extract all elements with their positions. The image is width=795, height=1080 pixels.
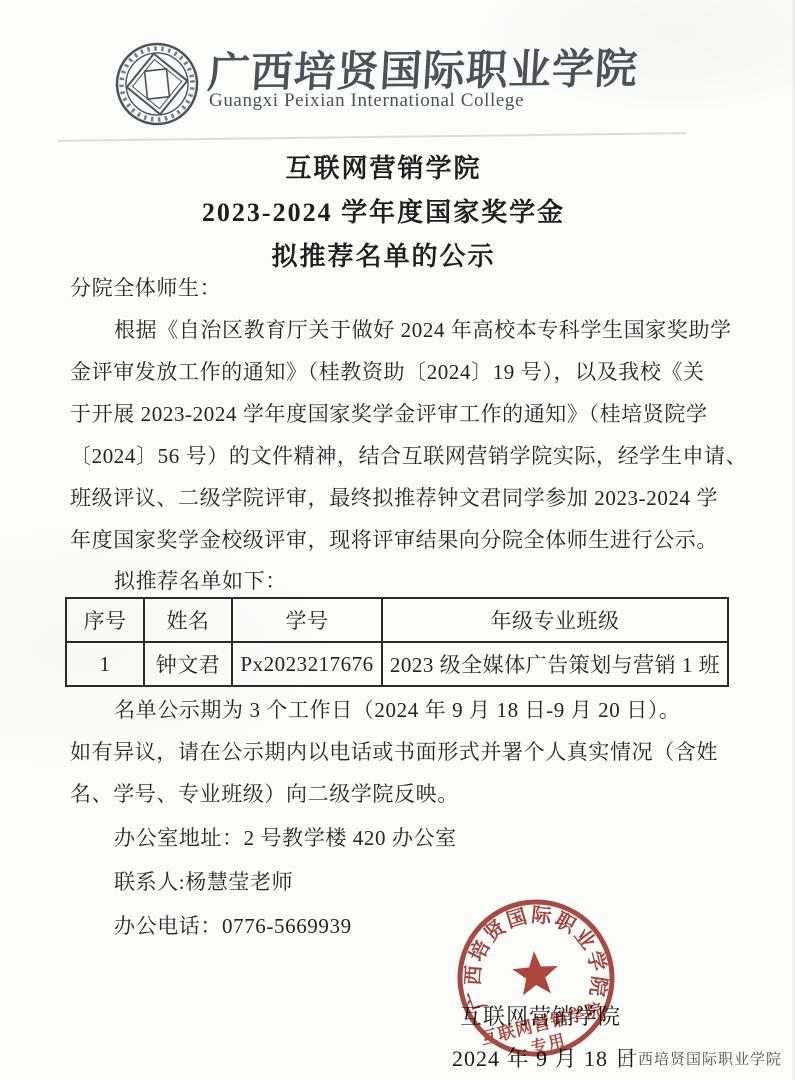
cell-student-id: Px2023217676	[232, 642, 382, 686]
office-address: 办公室地址：2 号教学楼 420 办公室	[70, 822, 795, 852]
college-name-en: Guangxi Peixian International College	[209, 90, 649, 112]
cell-class: 2023 级全媒体广告策划与营销 1 班	[382, 642, 728, 686]
paragraph1-line: 〔2024〕56 号）的文件精神，结合互联网营销学院实际，经学生申请、	[70, 440, 760, 470]
title-scholarship: 2023-2024 学年度国家奖学金	[0, 191, 767, 235]
salutation: 分院全体师生：	[70, 272, 760, 302]
official-seal: 广西培贤国际职业学院 互联网营销学院 专用	[424, 878, 649, 1078]
col-header-name: 姓名	[144, 598, 232, 642]
scanned-notice-page: 广西培贤国际职业学院 Guangxi Peixian International…	[0, 0, 795, 1080]
paragraph2-line: 如有异议，请在公示期内以电话或书面形式并署个人真实情况（含姓	[70, 736, 760, 766]
paragraph2-line: 名、学号、专业班级）向二级学院反映。	[70, 778, 760, 808]
paragraph1-line: 年度国家奖学金校级评审，现将评审结果向分院全体师生进行公示。	[70, 524, 760, 554]
notice-title: 互联网营销学院 2023-2024 学年度国家奖学金 拟推荐名单的公示	[0, 147, 795, 279]
recommendation-table: 序号 姓名 学号 年级专业班级 1 钟文君 Px2023217676 2023 …	[65, 597, 729, 687]
col-header-student-id: 学号	[232, 598, 382, 642]
paragraph1-line: 班级评议、二级学院评审，最终拟推荐钟文君同学参加 2023-2024 学	[70, 482, 760, 512]
paragraph1-line: 根据《自治区教育厅关于做好 2024 年高校本专科学生国家奖助学	[70, 314, 795, 344]
list-intro: 拟推荐名单如下：	[70, 565, 795, 595]
seal-star-icon	[511, 949, 560, 995]
cell-name: 钟文君	[144, 642, 232, 686]
col-header-index: 序号	[66, 598, 144, 642]
letterhead-divider	[58, 132, 686, 142]
paragraph1-line: 金评审发放工作的通知》（桂教资助〔2024〕19 号），以及我校《关	[70, 356, 760, 386]
table-row: 1 钟文君 Px2023217676 2023 级全媒体广告策划与营销 1 班	[66, 642, 728, 686]
college-logo-icon	[113, 40, 201, 128]
col-header-class: 年级专业班级	[382, 598, 728, 642]
paragraph2-line: 名单公示期为 3 个工作日（2024 年 9 月 18 日-9 月 20 日）。	[70, 694, 795, 724]
cell-index: 1	[66, 642, 144, 686]
paragraph1-line: 于开展 2023-2024 学年度国家奖学金评审工作的通知》（桂培贤院学	[70, 398, 760, 428]
title-department: 互联网营销学院	[0, 147, 767, 191]
table-header-row: 序号 姓名 学号 年级专业班级	[66, 598, 728, 642]
